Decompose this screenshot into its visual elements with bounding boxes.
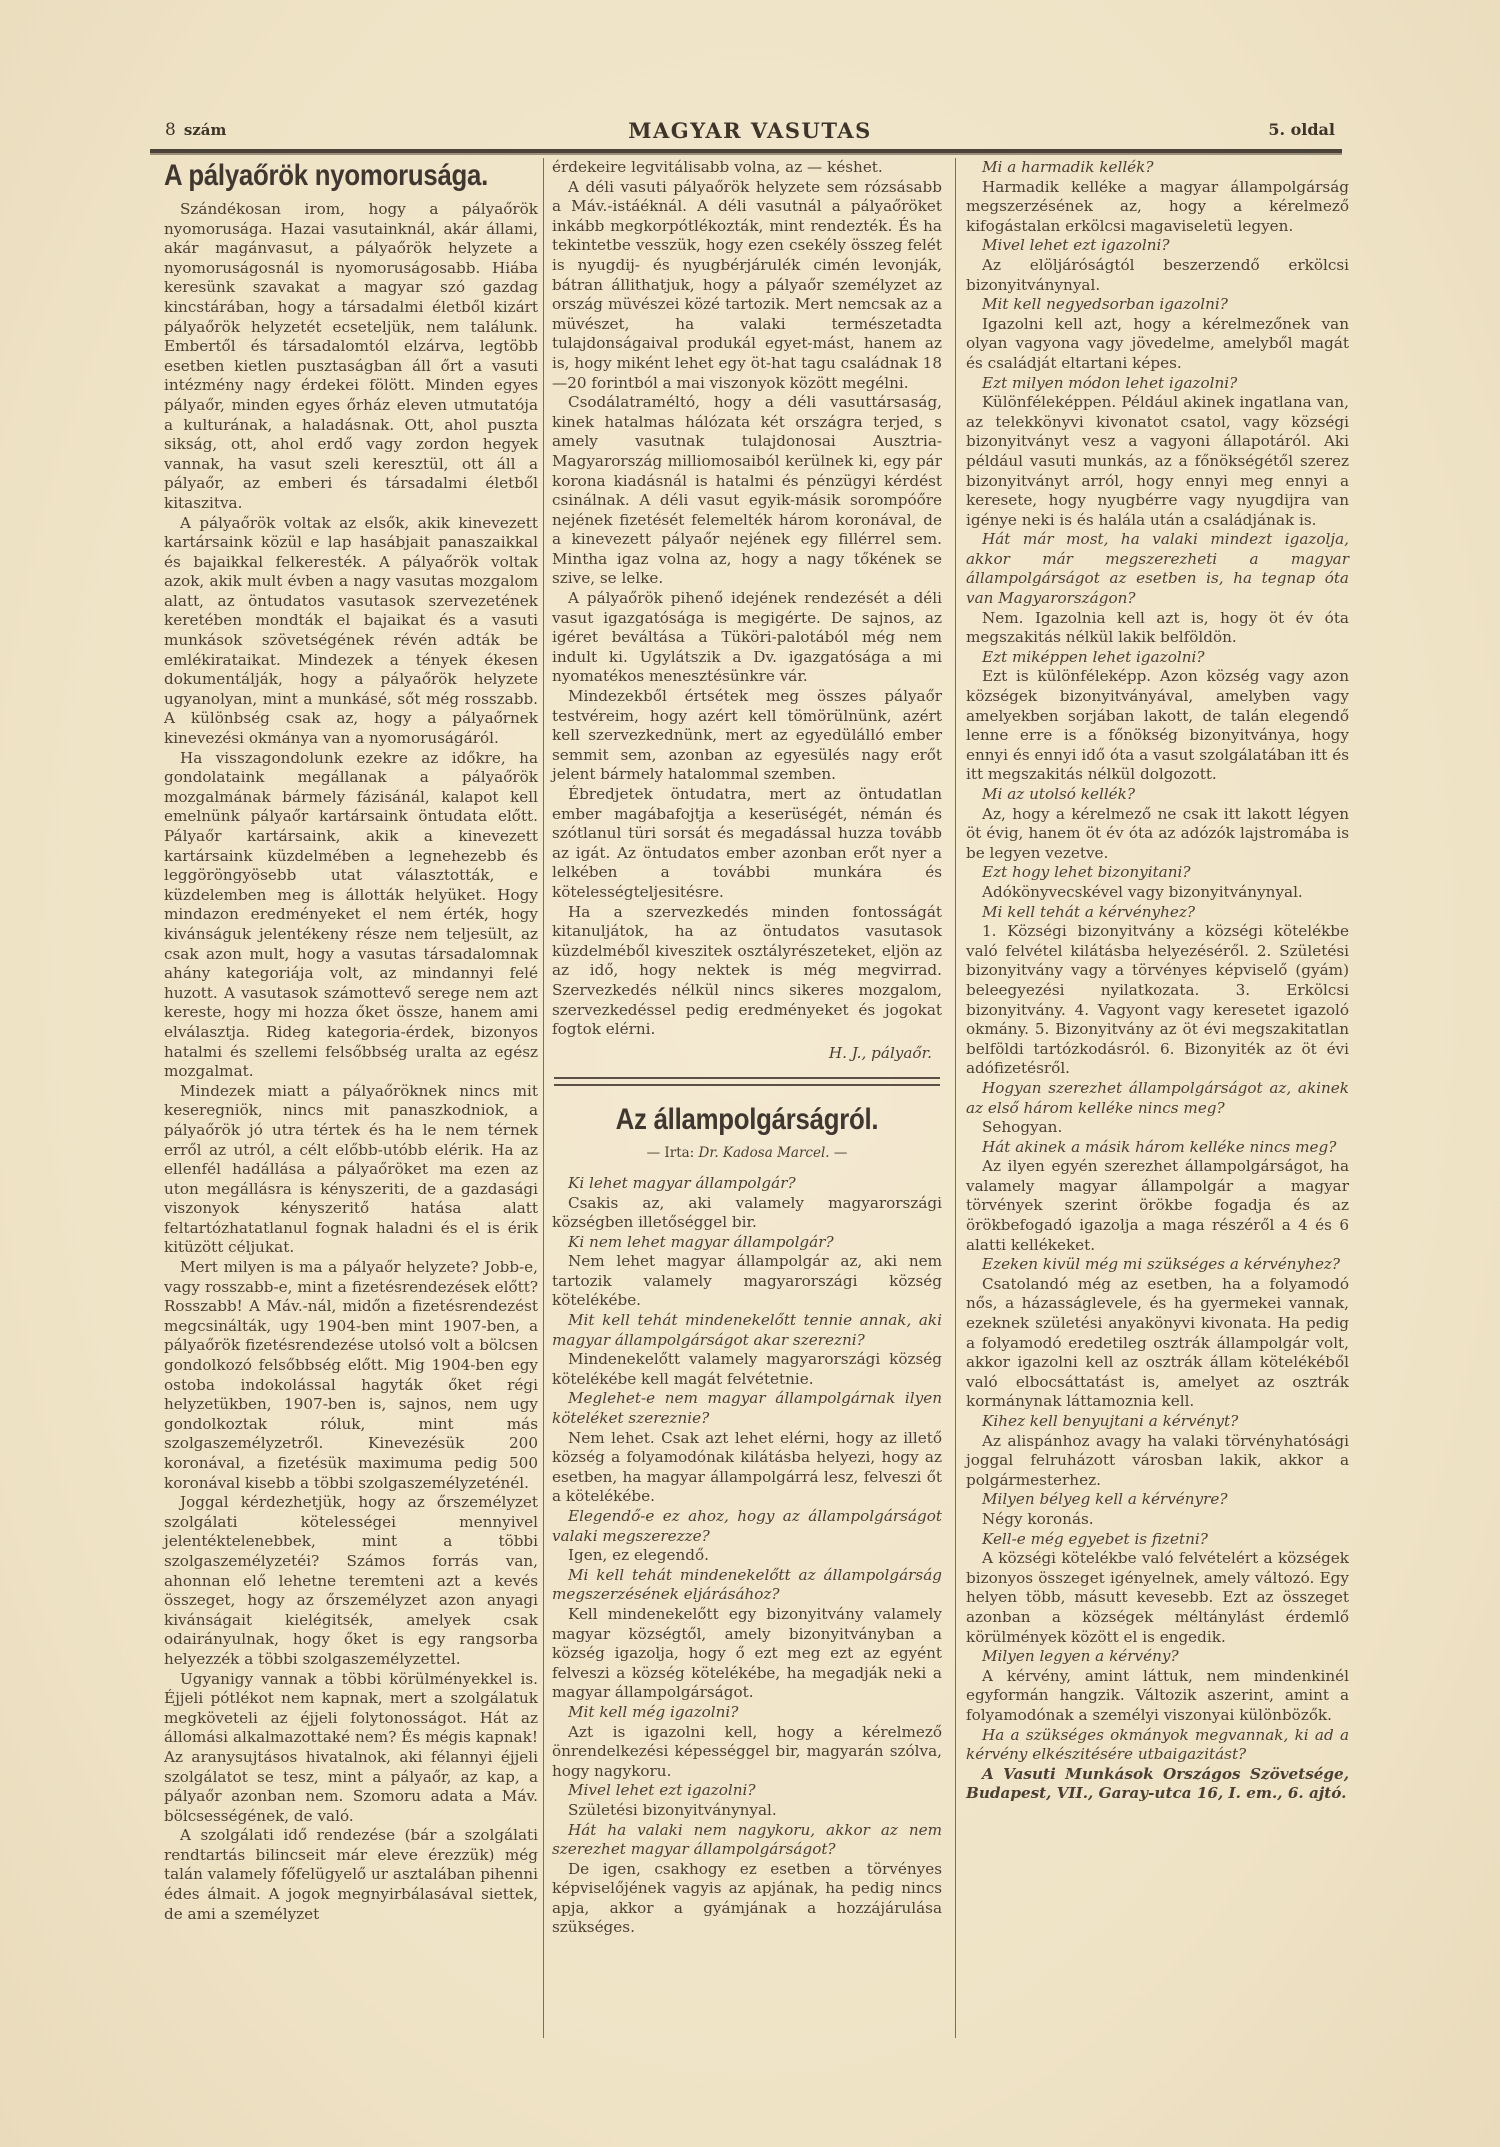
question: Hogyan szerezhet állampolgárságot az, ak… <box>966 1079 1349 1118</box>
answer: Sehogyan. <box>966 1118 1349 1138</box>
answer: Adókönyvecskével vagy bizonyitványnyal. <box>966 883 1349 903</box>
column-3: Mi a harmadik kellék? Harmadik kelléke a… <box>966 158 1349 1804</box>
column-2: érdekeire legvitálisabb volna, az — késh… <box>552 158 942 1938</box>
answer: Születési bizonyitványnyal. <box>552 1801 942 1821</box>
column-1: A pályaőrök nyomorusága. Szándékosan iro… <box>164 158 538 1924</box>
answer: Az, hogy a kérelmező ne csak itt lakott … <box>966 805 1349 864</box>
answer: Azt is igazolni kell, hogy a kérelmező ö… <box>552 1723 942 1782</box>
paragraph: Ébredjetek öntudatra, mert az öntudatlan… <box>552 785 942 903</box>
answer: Csakis az, aki valamely magyarországi kö… <box>552 1194 942 1233</box>
answer: Nem lehet. Csak azt lehet elérni, hogy a… <box>552 1429 942 1507</box>
question: Milyen bélyeg kell a kérvényre? <box>966 1490 1349 1510</box>
answer: 1. Községi bizonyitvány a községi kötelé… <box>966 922 1349 1079</box>
paragraph: Joggal kérdezhetjük, hogy az őrszemélyze… <box>164 1493 538 1669</box>
answer: Különféleképpen. Például akinek ingatlan… <box>966 393 1349 530</box>
paragraph: Ha a szervezkedés minden fontosságát kit… <box>552 903 942 1040</box>
question: Hát ha valaki nem nagykoru, akkor az nem… <box>552 1821 942 1860</box>
running-head: 8szám MAGYAR VASUTAS 5. oldal <box>165 118 1335 144</box>
paragraph: A pályaőrök pihenő idejének rendezését a… <box>552 589 942 687</box>
question: Ha a szükséges okmányok megvannak, ki ad… <box>966 1726 1349 1765</box>
answer: De igen, csakhogy ez esetben a törvényes… <box>552 1860 942 1938</box>
article-2-author: — Irta: Dr. Kadosa Marcel. — <box>552 1144 942 1164</box>
question: Mivel lehet ezt igazolni? <box>966 236 1349 256</box>
paragraph: Csodálatraméltó, hogy a déli vasuttársas… <box>552 393 942 589</box>
answer: Az ilyen egyén szerezhet állampolgárságo… <box>966 1157 1349 1255</box>
paragraph: érdekeire legvitálisabb volna, az — késh… <box>552 158 942 178</box>
answer: Igazolni kell azt, hogy a kérelmezőnek v… <box>966 315 1349 374</box>
question: Milyen legyen a kérvény? <box>966 1647 1349 1667</box>
answer: Harmadik kelléke a magyar állampolgárság… <box>966 178 1349 237</box>
question: Ki lehet magyar állampolgár? <box>552 1174 942 1194</box>
closing-address: A Vasuti Munkások Országos Szövetsége, B… <box>966 1765 1349 1804</box>
paragraph: Mert milyen is ma a pályaőr helyzete? Jo… <box>164 1258 538 1493</box>
column-divider <box>543 158 544 2038</box>
question: Hát akinek a másik három kelléke nincs m… <box>966 1138 1349 1158</box>
question: Ezt milyen módon lehet igazolni? <box>966 374 1349 394</box>
question: Mi kell tehát a kérvényhez? <box>966 903 1349 923</box>
question: Ezt hogy lehet bizonyitani? <box>966 863 1349 883</box>
page-number: 5. oldal <box>1268 120 1335 139</box>
article-separator <box>554 1077 940 1086</box>
paragraph: Szándékosan irom, hogy a pályaőrök nyomo… <box>164 200 538 514</box>
newspaper-page: 8szám MAGYAR VASUTAS 5. oldal A pályaőrö… <box>0 0 1500 2147</box>
question: Ezeken kivül még mi szükséges a kérvényh… <box>966 1255 1349 1275</box>
question: Mit kell még igazolni? <box>552 1703 942 1723</box>
answer: Kell mindenekelőtt egy bizonyitvány vala… <box>552 1605 942 1703</box>
question: Ezt miképpen lehet igazolni? <box>966 648 1349 668</box>
masthead-title: MAGYAR VASUTAS <box>165 118 1335 143</box>
question: Mit kell tehát mindenekelőtt tennie anna… <box>552 1311 942 1350</box>
question: Meglehet-e nem magyar állampolgárnak ily… <box>552 1389 942 1428</box>
answer: Az elöljáróságtól beszerzendő erkölcsi b… <box>966 256 1349 295</box>
header-rule <box>150 149 1342 153</box>
answer: Ezt is különféleképp. Azon község vagy a… <box>966 667 1349 785</box>
question: Kell-e még egyebet is fizetni? <box>966 1530 1349 1550</box>
question: Mi az utolsó kellék? <box>966 785 1349 805</box>
article-1-signature: H. J., pályaőr. <box>552 1044 932 1064</box>
answer: Négy koronás. <box>966 1510 1349 1530</box>
paragraph: Mindezek miatt a pályaőröknek nincs mit … <box>164 1082 538 1258</box>
question: Mivel lehet ezt igazolni? <box>552 1781 942 1801</box>
answer: A községi kötelékbe való felvételért a k… <box>966 1549 1349 1647</box>
answer: Nem lehet magyar állampolgár az, aki nem… <box>552 1252 942 1311</box>
question: Kihez kell benyujtani a kérvényt? <box>966 1412 1349 1432</box>
question: Mit kell negyedsorban igazolni? <box>966 295 1349 315</box>
question: Hát már most, ha valaki mindezt igazolja… <box>966 530 1349 608</box>
article-2-title: Az állampolgárságról. <box>579 1102 914 1138</box>
answer: Az alispánhoz avagy ha valaki törvényhat… <box>966 1432 1349 1491</box>
answer: Igen, ez elegendő. <box>552 1546 942 1566</box>
column-divider <box>955 158 956 2038</box>
article-1-title: A pályaőrök nyomorusága. <box>164 158 486 194</box>
paragraph: Mindezekből értsétek meg összes pályaőr … <box>552 687 942 785</box>
answer: Mindenekelőtt valamely magyarországi köz… <box>552 1350 942 1389</box>
question: Ki nem lehet magyar állampolgár? <box>552 1233 942 1253</box>
answer: Nem. Igazolnia kell azt is, hogy öt év ó… <box>966 609 1349 648</box>
answer: A kérvény, amint láttuk, nem mindenkinél… <box>966 1667 1349 1726</box>
question: Mi kell tehát mindenekelőtt az állampolg… <box>552 1566 942 1605</box>
paragraph: Ugyanigy vannak a többi körülményekkel i… <box>164 1670 538 1827</box>
paragraph: A déli vasuti pályaőrök helyzete sem róz… <box>552 178 942 394</box>
paragraph: Ha visszagondolunk ezekre az időkre, ha … <box>164 749 538 1082</box>
paragraph: A pályaőrök voltak az elsők, akik kineve… <box>164 514 538 749</box>
paragraph: A szolgálati idő rendezése (bár a szolgá… <box>164 1826 538 1924</box>
question: Elegendő-e ez ahoz, hogy az állampolgárs… <box>552 1507 942 1546</box>
question: Mi a harmadik kellék? <box>966 158 1349 178</box>
answer: Csatolandó még az esetben, ha a folyamod… <box>966 1275 1349 1412</box>
